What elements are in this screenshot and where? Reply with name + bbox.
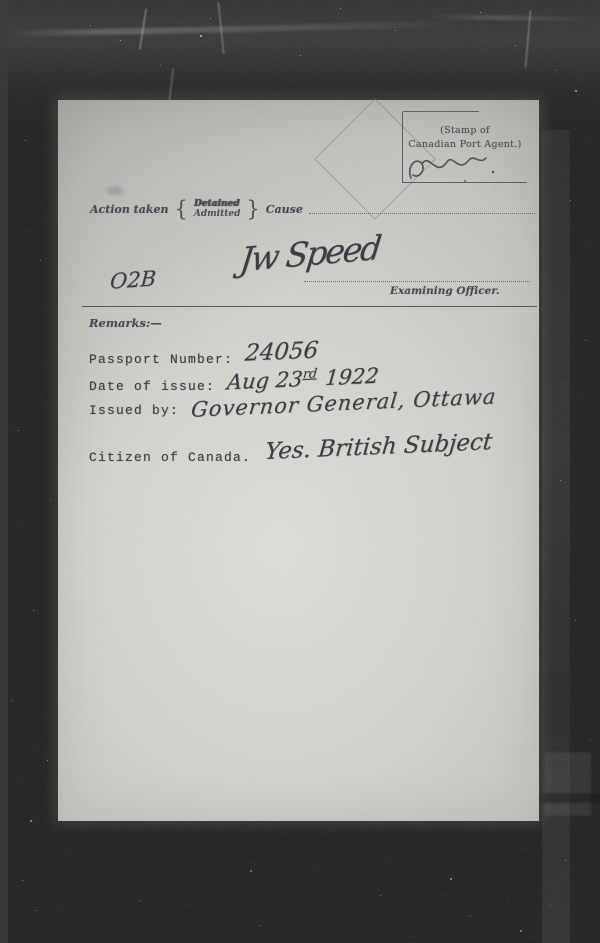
issued-by-label: Issued by:: [89, 403, 179, 418]
section-divider-line: [82, 306, 537, 307]
passport-number-label: Passport Number:: [89, 352, 233, 367]
passport-number-row: Passport Number: 24056: [89, 343, 318, 369]
film-scratch: [139, 8, 148, 50]
date-day: Aug 23: [226, 367, 304, 394]
citizen-label: Citizen of Canada.: [89, 450, 251, 465]
film-scratch: [430, 15, 595, 22]
ink-smudge: [106, 186, 124, 195]
cause-answer-line: [309, 213, 535, 214]
signature-line: [304, 281, 530, 282]
port-agent-stamp-box: (Stamp of Canadian Port Agent.): [402, 112, 527, 183]
microfilm-frame: (Stamp of Canadian Port Agent.) Action t…: [0, 0, 600, 943]
issued-by-row: Issued by: Governor General, Ottawa: [89, 395, 497, 419]
remarks-label: Remarks:—: [89, 316, 162, 330]
film-splice-patch: [545, 752, 591, 816]
film-edge-strip-right: [542, 130, 570, 943]
detained-option: Detained: [194, 199, 241, 209]
stamp-box-line2: Canadian Port Agent.): [403, 139, 527, 150]
film-scratch: [10, 21, 460, 36]
film-edge-strip-left: [0, 0, 8, 943]
stamp-box-top-border: [403, 111, 479, 112]
admitted-option: Admitted: [194, 209, 241, 219]
action-taken-label: Action taken: [90, 203, 168, 216]
brace-close: }: [246, 199, 259, 219]
film-scratch: [524, 10, 531, 68]
stamp-box-line1: (Stamp of: [403, 125, 527, 136]
action-options: Detained Admitted: [194, 199, 241, 219]
date-year: 1922: [324, 364, 380, 390]
examining-officer-label: Examining Officer.: [390, 285, 500, 297]
cause-label: Cause: [266, 203, 303, 216]
port-agent-signature: [403, 150, 513, 186]
passport-number-value: 24056: [244, 337, 320, 366]
examiner-initials: O2B: [109, 266, 157, 293]
date-of-issue-label: Date of issue:: [89, 379, 215, 394]
document-page: (Stamp of Canadian Port Agent.) Action t…: [58, 100, 539, 821]
film-scratch: [217, 2, 224, 54]
action-taken-row: Action taken { Detained Admitted } Cause: [90, 199, 535, 219]
citizen-row: Citizen of Canada. Yes. British Subject: [89, 441, 492, 467]
brace-open: {: [174, 199, 187, 219]
citizen-value: Yes. British Subject: [264, 429, 493, 465]
date-ordinal: rd: [302, 365, 318, 381]
examining-officer-signature: Jw Speed: [238, 228, 382, 280]
